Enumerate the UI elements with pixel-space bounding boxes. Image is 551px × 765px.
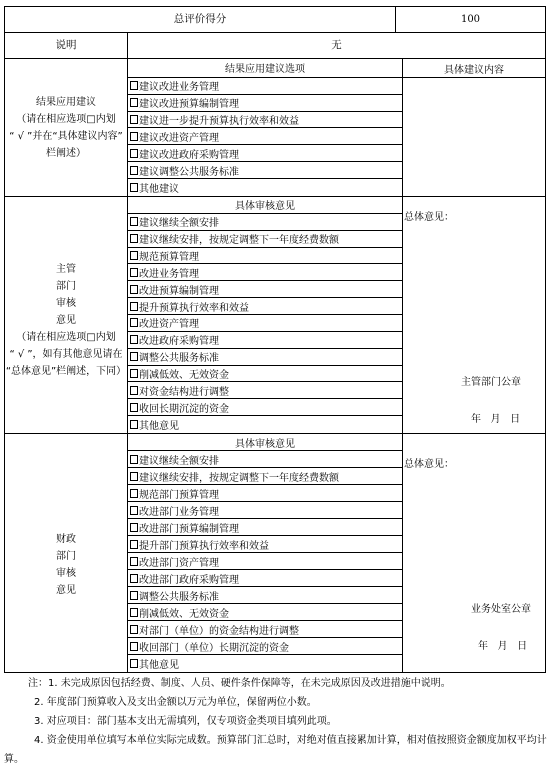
option-label: 调整公共服务标准 [139, 588, 219, 603]
checkbox-icon[interactable] [130, 302, 138, 311]
option-label: 建议调整公共服务标准 [139, 163, 239, 178]
label-line: “ √ ”，如有其他意见请在 [9, 346, 122, 363]
option-label: 改进政府采购管理 [139, 332, 219, 347]
option-label: 削减低效、无效资金 [139, 366, 229, 381]
option-label: 调整公共服务标准 [139, 349, 219, 364]
option-label: 收回长期沉淀的资金 [139, 400, 229, 415]
option-row[interactable]: 改进政府采购管理 [128, 332, 402, 349]
checkbox-icon[interactable] [130, 625, 138, 634]
option-label: 建议改进政府采购管理 [139, 146, 239, 161]
option-row[interactable]: 削减低效、无效资金 [128, 604, 402, 621]
finance-options-header: 具体审核意见 [128, 434, 402, 451]
option-row[interactable]: 对资金结构进行调整 [128, 382, 402, 399]
option-label: 改进部门资产管理 [139, 554, 219, 569]
checkbox-icon[interactable] [130, 403, 138, 412]
option-row[interactable]: 改进部门政府采购管理 [128, 570, 402, 587]
option-label: 其他意见 [139, 656, 179, 671]
option-row[interactable]: 其他意见 [128, 416, 402, 433]
total-score-row: 总评价得分 100 [5, 7, 545, 33]
footnote-3: 3. 对应项目：部门基本支出无需填列，仅专项资金类项目填列此项。 [4, 712, 548, 731]
checkbox-icon[interactable] [130, 81, 138, 90]
option-row[interactable]: 建议改进预算编制管理 [128, 95, 402, 112]
explanation-row: 说明 无 [5, 33, 545, 59]
option-label: 改进资产管理 [139, 315, 199, 330]
label-line: 栏阐述） [46, 145, 86, 162]
checkbox-icon[interactable] [130, 285, 138, 294]
label-line: 意见 [56, 582, 76, 599]
checkbox-icon[interactable] [130, 489, 138, 498]
finance-department-label: 财政 部门 审核 意见 [5, 434, 127, 672]
finance-overall-opinion-field[interactable]: 总体意见： 业务处室公章 年 月 日 [402, 434, 545, 672]
option-row[interactable]: 改进资产管理 [128, 315, 402, 332]
option-row[interactable]: 建议改进政府采购管理 [128, 145, 402, 162]
option-label: 规范预算管理 [139, 248, 199, 263]
label-line: 结果应用建议 [36, 94, 96, 111]
checkbox-icon[interactable] [130, 386, 138, 395]
footnote-4: 4. 资金使用单位填写本单位实际完成数。预算部门汇总时，对绝对值直接累加计算，相… [4, 731, 548, 765]
option-row[interactable]: 改进预算编制管理 [128, 281, 402, 298]
checkbox-icon[interactable] [130, 132, 138, 141]
suggestion-content-header: 具体建议内容 [403, 59, 545, 78]
option-row[interactable]: 收回部门（单位）长期沉淀的资金 [128, 638, 402, 655]
checkbox-icon[interactable] [130, 540, 138, 549]
evaluation-form-table: 总评价得分 100 说明 无 结果应用建议 （请在相应选项□内划 “ √ ”并在… [4, 6, 546, 673]
option-label: 建议改进资产管理 [139, 129, 219, 144]
option-label: 建议继续安排，按规定调整下一年度经费数额 [139, 469, 339, 484]
checkbox-icon[interactable] [130, 608, 138, 617]
option-row[interactable]: 改进部门业务管理 [128, 502, 402, 519]
option-row[interactable]: 其他意见 [128, 655, 402, 672]
explanation-label: 说明 [5, 33, 127, 58]
option-row[interactable]: 建议调整公共服务标准 [128, 162, 402, 179]
checkbox-icon[interactable] [130, 352, 138, 361]
footnote-2: 2. 年度部门预算收入及支出金额以万元为单位，保留两位小数。 [4, 693, 548, 712]
option-label: 其他意见 [139, 417, 179, 432]
option-label: 改进部门政府采购管理 [139, 571, 239, 586]
label-line: 财政 [56, 531, 76, 548]
label-line: 部门 [56, 548, 76, 565]
option-label: 改进部门预算编制管理 [139, 520, 239, 535]
option-label: 对资金结构进行调整 [139, 383, 229, 398]
option-row[interactable]: 改进部门资产管理 [128, 553, 402, 570]
option-label: 削减低效、无效资金 [139, 605, 229, 620]
label-line: 主管 [56, 261, 76, 278]
checkbox-icon[interactable] [130, 166, 138, 175]
finance-options-column: 具体审核意见 建议继续全额安排 建议继续安排，按规定调整下一年度经费数额 规范部… [127, 434, 402, 672]
competent-date-label: 年 月 日 [471, 410, 520, 425]
business-office-stamp-label: 业务处室公章 [471, 600, 531, 615]
competent-options-header: 具体审核意见 [128, 197, 402, 214]
option-row[interactable]: 其他建议 [128, 179, 402, 196]
option-row[interactable]: 调整公共服务标准 [128, 587, 402, 604]
option-row[interactable]: 收回长期沉淀的资金 [128, 399, 402, 416]
option-label: 建议改进预算编制管理 [139, 95, 239, 110]
label-line: 审核 [56, 565, 76, 582]
checkbox-icon[interactable] [130, 659, 138, 668]
checkbox-icon[interactable] [130, 420, 138, 429]
competent-options-column: 具体审核意见 建议继续全额安排 建议继续安排，按规定调整下一年度经费数额 规范预… [127, 197, 402, 433]
option-label: 建议继续全额安排 [139, 452, 219, 467]
competent-overall-opinion-field[interactable]: 总体意见： 主管部门公章 年 月 日 [402, 197, 545, 433]
option-row[interactable]: 规范部门预算管理 [128, 485, 402, 502]
option-row[interactable]: 建议改进资产管理 [128, 128, 402, 145]
finance-department-section: 财政 部门 审核 意见 具体审核意见 建议继续全额安排 建议继续安排，按规定调整… [5, 434, 545, 672]
option-row[interactable]: 建议继续安排，按规定调整下一年度经费数额 [128, 468, 402, 485]
option-row[interactable]: 建议改进业务管理 [128, 78, 402, 95]
option-label: 规范部门预算管理 [139, 486, 219, 501]
option-row[interactable]: 改进业务管理 [128, 264, 402, 281]
footnotes: 注：1. 未完成原因包括经费、制度、人员、硬件条件保障等，在未完成原因及改进措施… [4, 674, 548, 765]
result-options-header: 结果应用建议选项 [128, 59, 402, 78]
label-line: （请在相应选项□内划 [16, 329, 115, 346]
option-row[interactable]: 对部门（单位）的资金结构进行调整 [128, 621, 402, 638]
checkbox-icon[interactable] [130, 149, 138, 158]
option-label: 建议进一步提升预算执行效率和效益 [139, 112, 299, 127]
checkbox-icon[interactable] [130, 115, 138, 124]
option-label: 建议继续安排，按规定调整下一年度经费数额 [139, 231, 339, 246]
checkbox-icon[interactable] [130, 642, 138, 651]
option-label: 改进部门业务管理 [139, 503, 219, 518]
option-row[interactable]: 提升部门预算执行效率和效益 [128, 536, 402, 553]
checkbox-icon[interactable] [130, 455, 138, 464]
competent-department-section: 主管 部门 审核 意见 （请在相应选项□内划 “ √ ”，如有其他意见请在 “总… [5, 197, 545, 434]
option-row[interactable]: 建议继续全额安排 [128, 214, 402, 231]
footnote-1: 注：1. 未完成原因包括经费、制度、人员、硬件条件保障等，在未完成原因及改进措施… [4, 674, 548, 693]
option-label: 建议继续全额安排 [139, 214, 219, 229]
checkbox-icon[interactable] [130, 268, 138, 277]
overall-opinion-label: 总体意见： [404, 455, 454, 470]
checkbox-icon[interactable] [130, 217, 138, 226]
suggestion-content-field[interactable] [403, 78, 545, 196]
option-row[interactable]: 建议继续安排，按规定调整下一年度经费数额 [128, 231, 402, 248]
checkbox-icon[interactable] [130, 591, 138, 600]
checkbox-icon[interactable] [130, 472, 138, 481]
label-line: （请在相应选项□内划 [16, 111, 115, 128]
result-application-section: 结果应用建议 （请在相应选项□内划 “ √ ”并在“具体建议内容” 栏阐述） 结… [5, 59, 545, 197]
checkbox-icon[interactable] [130, 251, 138, 260]
finance-date-label: 年 月 日 [478, 637, 527, 652]
competent-department-label: 主管 部门 审核 意见 （请在相应选项□内划 “ √ ”，如有其他意见请在 “总… [5, 197, 127, 433]
result-options-column: 结果应用建议选项 建议改进业务管理 建议改进预算编制管理 建议进一步提升预算执行… [127, 59, 402, 196]
checkbox-icon[interactable] [130, 557, 138, 566]
option-label: 提升预算执行效率和效益 [139, 299, 249, 314]
total-score-label: 总评价得分 [5, 7, 395, 32]
checkbox-icon[interactable] [130, 574, 138, 583]
checkbox-icon[interactable] [130, 506, 138, 515]
label-line: 部门 [56, 278, 76, 295]
overall-opinion-label: 总体意见： [404, 208, 454, 223]
label-line: 审核 [56, 295, 76, 312]
competent-department-stamp-label: 主管部门公章 [461, 373, 521, 388]
checkbox-icon[interactable] [130, 234, 138, 243]
option-row[interactable]: 提升预算执行效率和效益 [128, 298, 402, 315]
label-line: “总体意见”栏阐述，下同） [6, 363, 126, 380]
explanation-value[interactable]: 无 [127, 33, 545, 58]
option-label: 提升部门预算执行效率和效益 [139, 537, 269, 552]
total-score-value[interactable]: 100 [395, 7, 545, 32]
option-label: 建议改进业务管理 [139, 78, 219, 93]
option-label: 改进预算编制管理 [139, 282, 219, 297]
option-row[interactable]: 改进部门预算编制管理 [128, 519, 402, 536]
checkbox-icon[interactable] [130, 318, 138, 327]
checkbox-icon[interactable] [130, 183, 138, 192]
label-line: “ √ ”并在“具体建议内容” [9, 128, 122, 145]
label-line: 意见 [56, 312, 76, 329]
option-label: 收回部门（单位）长期沉淀的资金 [139, 639, 289, 654]
option-row[interactable]: 建议进一步提升预算执行效率和效益 [128, 112, 402, 129]
option-row[interactable]: 削减低效、无效资金 [128, 366, 402, 383]
option-label: 对部门（单位）的资金结构进行调整 [139, 622, 299, 637]
suggestion-content-column: 具体建议内容 [402, 59, 545, 196]
checkbox-icon[interactable] [130, 335, 138, 344]
option-row[interactable]: 调整公共服务标准 [128, 349, 402, 366]
checkbox-icon[interactable] [130, 523, 138, 532]
checkbox-icon[interactable] [130, 98, 138, 107]
option-label: 其他建议 [139, 180, 179, 195]
option-row[interactable]: 建议继续全额安排 [128, 451, 402, 468]
option-label: 改进业务管理 [139, 265, 199, 280]
result-application-label: 结果应用建议 （请在相应选项□内划 “ √ ”并在“具体建议内容” 栏阐述） [5, 59, 127, 196]
option-row[interactable]: 规范预算管理 [128, 248, 402, 265]
checkbox-icon[interactable] [130, 369, 138, 378]
